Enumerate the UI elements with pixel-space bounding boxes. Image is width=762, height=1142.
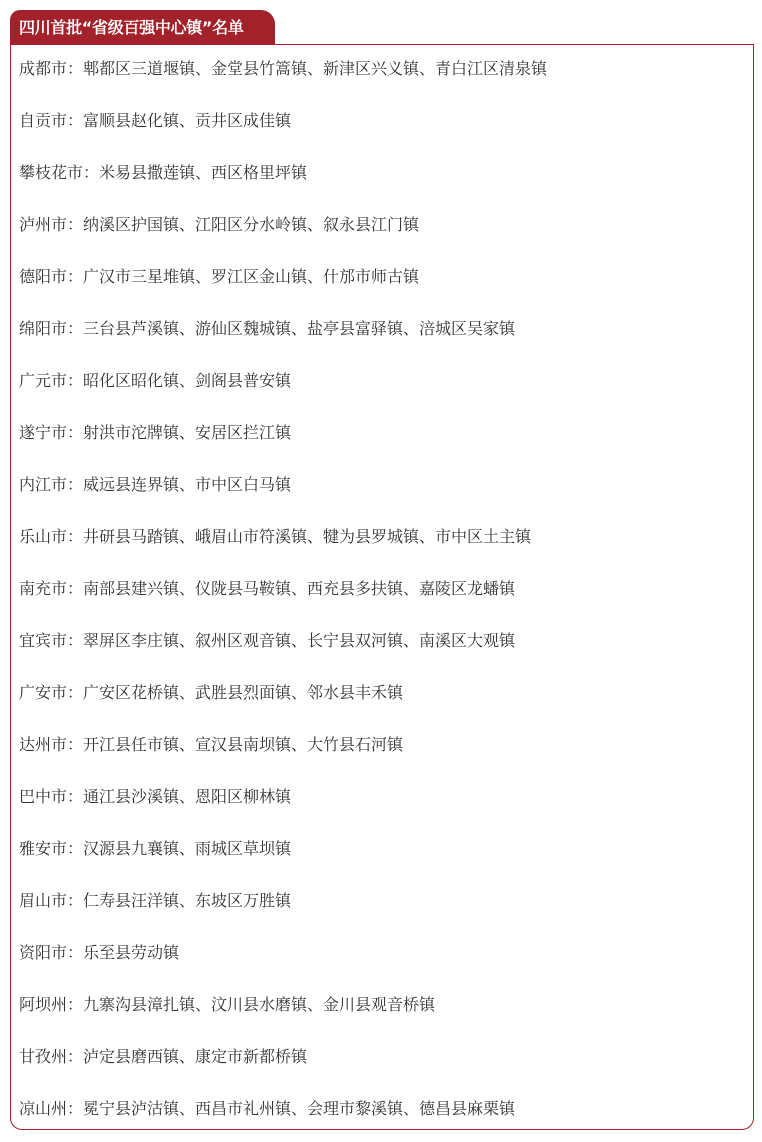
list-item-aba: 阿坝州：九寨沟县漳扎镇、汶川县水磨镇、金川县观音桥镇	[19, 993, 547, 1045]
list-item-mianyang: 绵阳市：三台县芦溪镇、游仙区魏城镇、盐亭县富驿镇、涪城区吴家镇	[19, 317, 547, 369]
list-item-suining: 遂宁市：射洪市沱牌镇、安居区拦江镇	[19, 421, 547, 473]
list-item-bazhong: 巴中市：通江县沙溪镇、恩阳区柳林镇	[19, 785, 547, 837]
list-item-leshan: 乐山市：井研县马踏镇、峨眉山市符溪镇、犍为县罗城镇、市中区土主镇	[19, 525, 547, 577]
list-item-liangshan: 凉山州：冕宁县泸沽镇、西昌市礼州镇、会理市黎溪镇、德昌县麻栗镇	[19, 1097, 547, 1142]
list-item-neijiang: 内江市：威远县连界镇、市中区白马镇	[19, 473, 547, 525]
town-list: 成都市：郫都区三道堰镇、金堂县竹篙镇、新津区兴义镇、青白江区清泉镇 自贡市：富顺…	[19, 57, 547, 1142]
list-title-tab: 四川首批“省级百强中心镇”名单	[10, 10, 275, 44]
list-item-panzhihua: 攀枝花市：米易县撒莲镇、西区格里坪镇	[19, 161, 547, 213]
list-item-meishan: 眉山市：仁寿县汪洋镇、东坡区万胜镇	[19, 889, 547, 941]
list-item-nanchong: 南充市：南部县建兴镇、仪陇县马鞍镇、西充县多扶镇、嘉陵区龙蟠镇	[19, 577, 547, 629]
list-item-deyang: 德阳市：广汉市三星堆镇、罗江区金山镇、什邡市师古镇	[19, 265, 547, 317]
list-item-zigong: 自贡市：富顺县赵化镇、贡井区成佳镇	[19, 109, 547, 161]
list-item-dazhou: 达州市：开江县任市镇、宣汉县南坝镇、大竹县石河镇	[19, 733, 547, 785]
list-item-ganzi: 甘孜州：泸定县磨西镇、康定市新都桥镇	[19, 1045, 547, 1097]
page-title: 四川首批“省级百强中心镇”名单	[19, 18, 244, 37]
list-item-ziyang: 资阳市：乐至县劳动镇	[19, 941, 547, 993]
list-item-guangan: 广安市：广安区花桥镇、武胜县烈面镇、邻水县丰禾镇	[19, 681, 547, 733]
list-item-chengdu: 成都市：郫都区三道堰镇、金堂县竹篙镇、新津区兴义镇、青白江区清泉镇	[19, 57, 547, 109]
list-item-yibin: 宜宾市：翠屏区李庄镇、叙州区观音镇、长宁县双河镇、南溪区大观镇	[19, 629, 547, 681]
list-item-guangyuan: 广元市：昭化区昭化镇、剑阁县普安镇	[19, 369, 547, 421]
list-item-yaan: 雅安市：汉源县九襄镇、雨城区草坝镇	[19, 837, 547, 889]
list-item-luzhou: 泸州市：纳溪区护国镇、江阳区分水岭镇、叙永县江门镇	[19, 213, 547, 265]
